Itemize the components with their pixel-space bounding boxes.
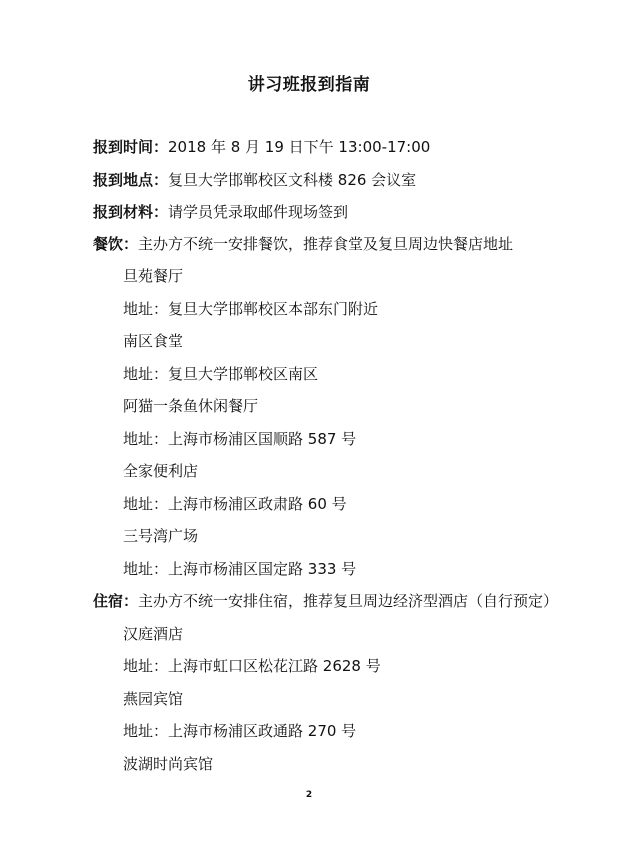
dining-place-name: 旦苑餐厅 (123, 266, 183, 286)
lodging-label: 住宿： (93, 592, 138, 610)
dining-place-address: 地址：复旦大学邯郸校区本部东门附近 (123, 299, 378, 319)
dining-place-name: 南区食堂 (123, 331, 183, 351)
dining-place-name: 三号湾广场 (123, 526, 198, 546)
lodging-value: 主办方不统一安排住宿，推荐复旦周边经济型酒店（自行预定） (138, 592, 558, 610)
registration-materials: 报到材料：请学员凭录取邮件现场签到 (93, 202, 348, 222)
registration-time: 报到时间：2018 年 8 月 19 日下午 13:00-17:00 (93, 137, 430, 157)
lodging-place-name: 燕园宾馆 (123, 689, 183, 709)
registration-location-label: 报到地点： (93, 171, 168, 189)
lodging-place-name: 波湖时尚宾馆 (123, 754, 213, 774)
registration-location-value: 复旦大学邯郸校区文科楼 826 会议室 (168, 171, 416, 189)
dining-place-address: 地址：上海市杨浦区政肃路 60 号 (123, 494, 347, 514)
dining-place-name: 全家便利店 (123, 461, 198, 481)
registration-location: 报到地点：复旦大学邯郸校区文科楼 826 会议室 (93, 170, 416, 190)
dining-section: 餐饮：主办方不统一安排餐饮，推荐食堂及复旦周边快餐店地址 (93, 234, 513, 254)
registration-materials-value: 请学员凭录取邮件现场签到 (168, 203, 348, 221)
dining-label: 餐饮： (93, 235, 138, 253)
lodging-section: 住宿：主办方不统一安排住宿，推荐复旦周边经济型酒店（自行预定） (93, 591, 558, 611)
dining-place-name: 阿猫一条鱼休闲餐厅 (123, 396, 258, 416)
dining-place-address: 地址：上海市杨浦区国定路 333 号 (123, 559, 356, 579)
registration-materials-label: 报到材料： (93, 203, 168, 221)
dining-value: 主办方不统一安排餐饮，推荐食堂及复旦周边快餐店地址 (138, 235, 513, 253)
lodging-place-address: 地址：上海市杨浦区政通路 270 号 (123, 721, 356, 741)
dining-place-address: 地址：复旦大学邯郸校区南区 (123, 364, 318, 384)
registration-time-value: 2018 年 8 月 19 日下午 13:00-17:00 (168, 138, 430, 156)
page-number: 2 (0, 790, 618, 800)
page-title: 讲习班报到指南 (0, 70, 618, 95)
lodging-place-address: 地址：上海市虹口区松花江路 2628 号 (123, 656, 381, 676)
lodging-place-name: 汉庭酒店 (123, 624, 183, 644)
registration-time-label: 报到时间： (93, 138, 168, 156)
dining-place-address: 地址：上海市杨浦区国顺路 587 号 (123, 429, 356, 449)
